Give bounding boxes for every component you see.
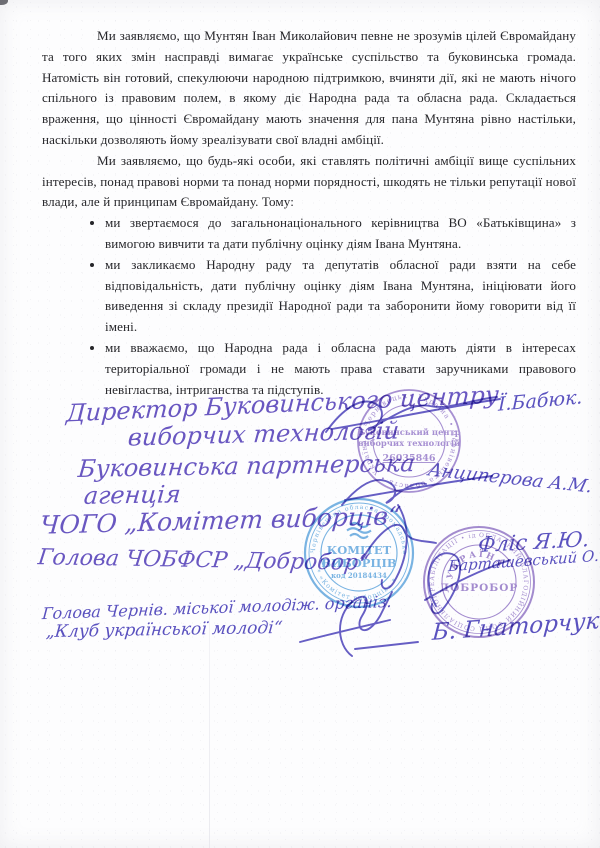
- stamp-committee-vyborciv: Чернівецька обласна громадська організац…: [302, 496, 416, 610]
- bullet-list: ми звертаємося до загальнонаціонального …: [42, 213, 576, 400]
- bullet-item-1: ми звертаємося до загальнонаціонального …: [105, 213, 576, 255]
- scanned-document-page: Ми заявляємо, що Мунтян Іван Миколайович…: [0, 0, 600, 848]
- stamp-center-line2: ВИБОРЦІВ: [321, 556, 397, 570]
- stamp-center-line1: КОМІТЕТ: [327, 543, 392, 557]
- paragraph-1: Ми заявляємо, що Мунтян Іван Миколайович…: [42, 26, 576, 151]
- paragraph-2: Ми заявляємо, що будь-які особи, які ста…: [42, 151, 576, 213]
- bullet-item-2: ми закликаємо Народну раду та депутатів …: [105, 255, 576, 338]
- scan-crease-line: [209, 610, 210, 848]
- stamp-center-line2: виборчих технологій: [358, 438, 461, 448]
- scan-corner-artifact: [0, 0, 8, 5]
- stamp-country-arc-text: УКРАЇНА: [445, 547, 506, 581]
- stamp-ring-text: ОБЛАСНИЙ БЛАГОДІЙНИЙ ФОНД СОЦІАЛЬНОЇ РЕА…: [421, 524, 529, 632]
- typed-text-block: Ми заявляємо, що Мунтян Іван Миколайович…: [42, 26, 576, 400]
- signature-stroke: [355, 642, 418, 649]
- handwritten-title-line8: „Клуб української молоді“: [45, 618, 283, 642]
- svg-text:ОБЛАСНИЙ БЛАГОДІЙНИЙ ФОНД СОЦІ: ОБЛАСНИЙ БЛАГОДІЙНИЙ ФОНД СОЦІАЛЬНОЇ РЕА…: [421, 524, 529, 632]
- svg-text:УКРАЇНА: УКРАЇНА: [445, 547, 506, 581]
- signature-stroke: [300, 620, 390, 642]
- handwritten-title-line4: агенція: [83, 480, 182, 510]
- stamp-code: 26035846: [383, 453, 436, 464]
- bullet-item-3: ми вважаємо, що Народна рада і обласна р…: [105, 338, 576, 400]
- committee-wave-emblem-icon: [347, 523, 371, 538]
- stamp-code: код 20184434: [331, 571, 387, 580]
- stamp-bukovyna-center: • Україна • Чернівецька область • Україн…: [355, 387, 463, 495]
- stamp-center-name: ДОБРОБОР: [440, 582, 519, 594]
- stamp-center-line1: Буковинський центр: [357, 427, 460, 437]
- stamp-dobrobor-fund: ОБЛАСНИЙ БЛАГОДІЙНИЙ ФОНД СОЦІАЛЬНОЇ РЕА…: [421, 524, 537, 640]
